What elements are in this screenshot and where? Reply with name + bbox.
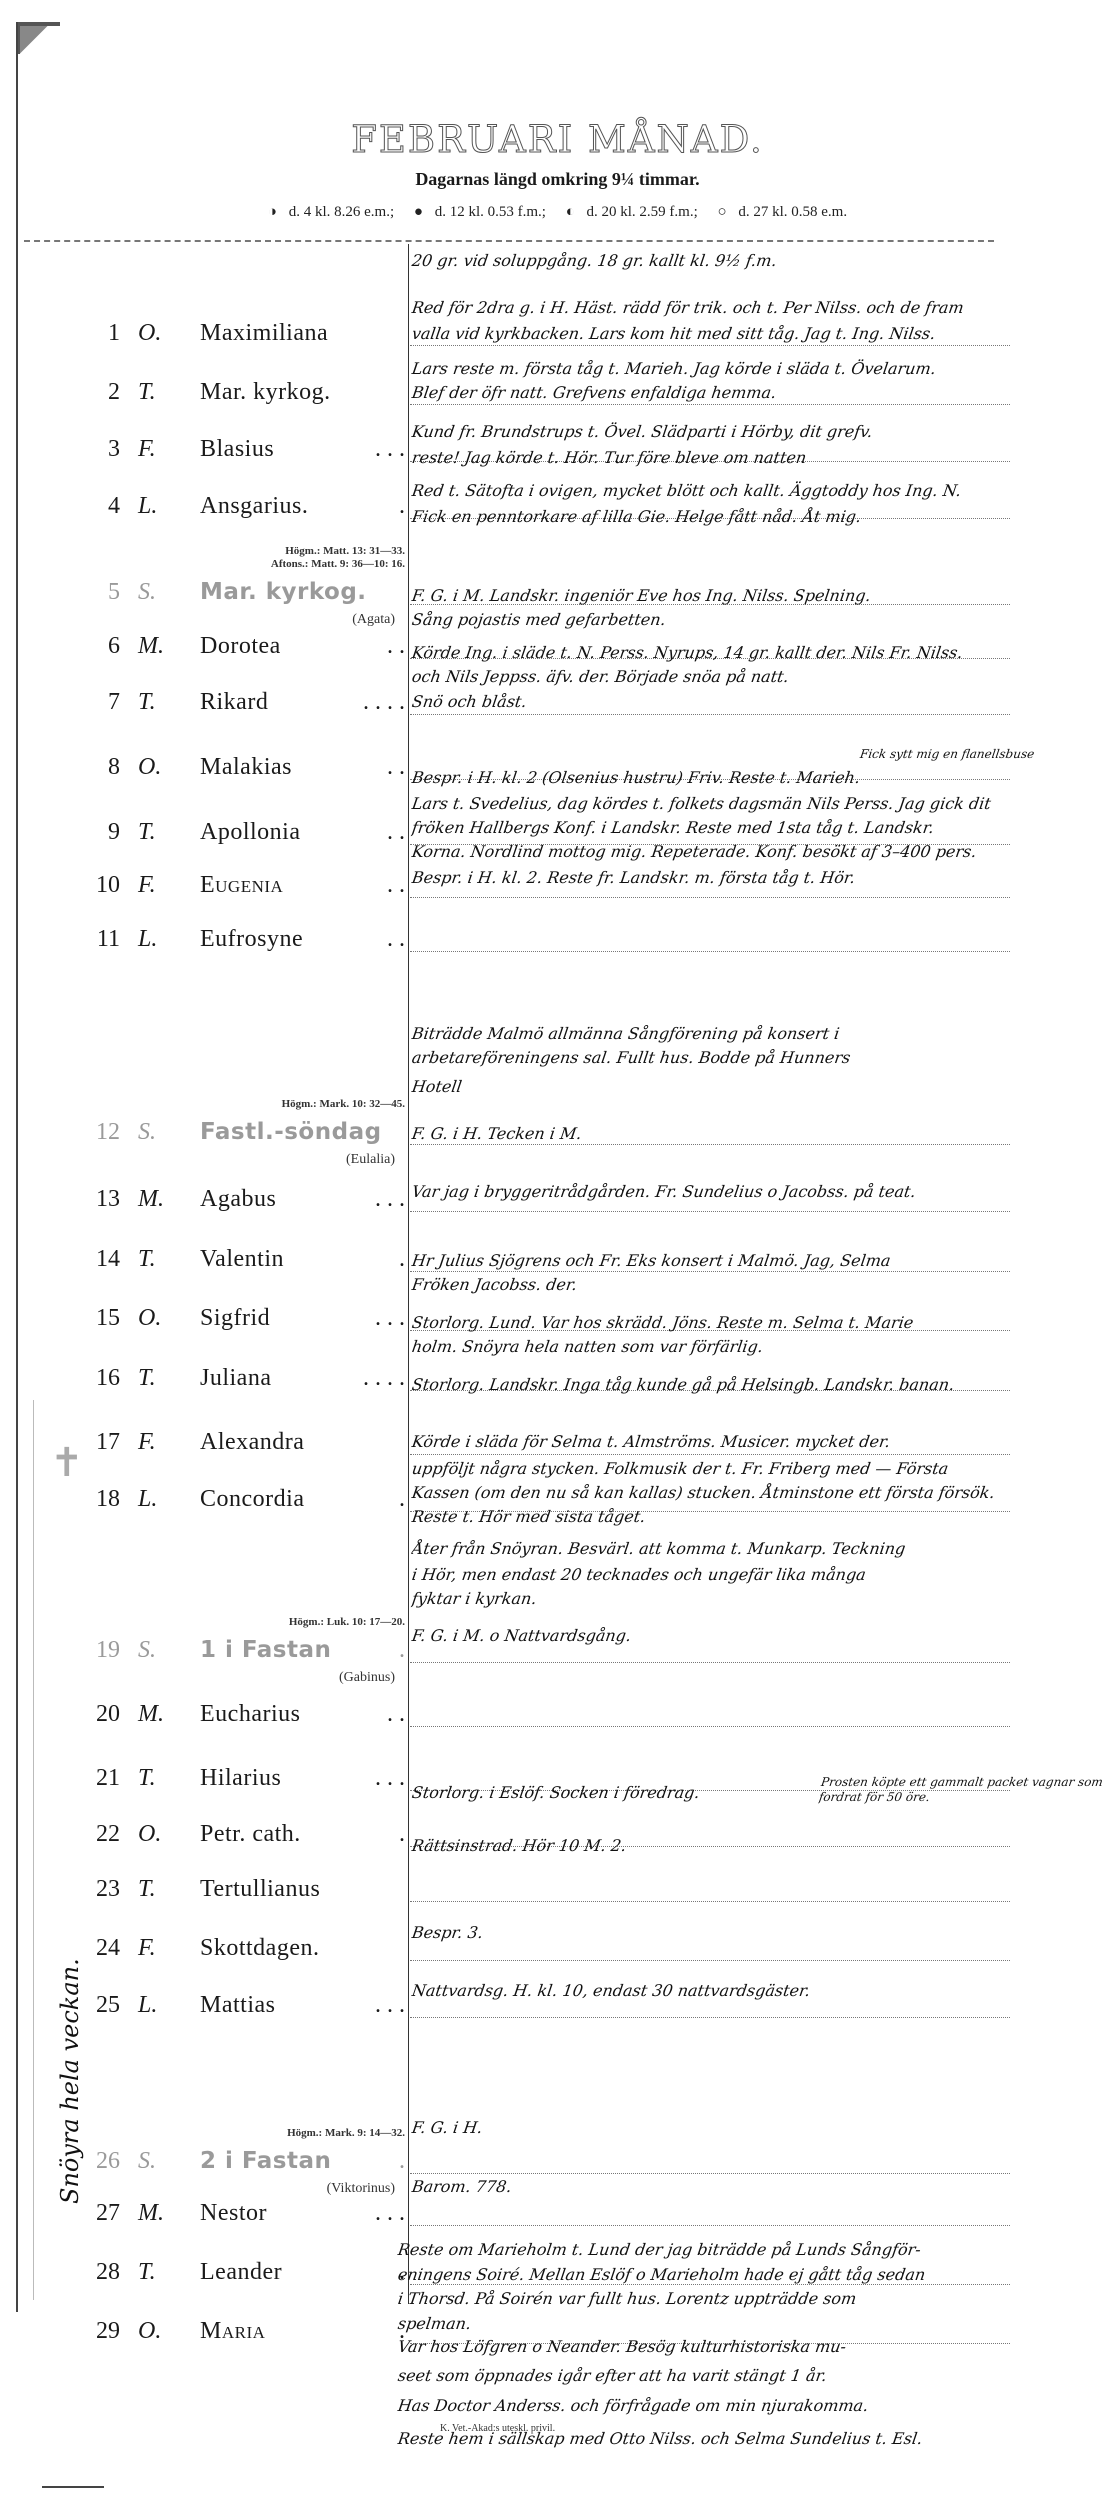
handwritten-note-line: Fick sytt mig en flanellsbuse: [859, 747, 1115, 762]
handwritten-note-line: arbetareföreningens sal. Fullt hus. Bodd…: [411, 1047, 1014, 1068]
first-quarter-moon-icon: ◑: [268, 204, 277, 220]
handwritten-note-line: Biträdde Malmö allmänna Sångförening på …: [411, 1023, 1014, 1044]
day-number: 19: [60, 1633, 120, 1667]
name-day: (Agata): [192, 612, 395, 628]
handwritten-note-line: Has Doctor Anderss. och förfrågade om mi…: [397, 2395, 1000, 2416]
handwritten-note-line: Kassen (om den nu så kan kallas) stucken…: [411, 1482, 1014, 1503]
handwritten-note-line: Hotell: [411, 1076, 1014, 1097]
handwritten-note-line: Reste t. Hör med sista tåget.: [411, 1506, 1014, 1527]
weekday-letter: F.: [138, 1425, 156, 1459]
saint-name: Alexandra: [200, 1425, 304, 1459]
handwritten-note-line: 20 gr. vid soluppgång. 18 gr. kallt kl. …: [411, 250, 1014, 271]
weekday-letter: F.: [138, 1931, 156, 1965]
handwritten-note-line: Körde i släda för Selma t. Almströms. Mu…: [411, 1431, 1014, 1452]
handwritten-note-line: spelman.: [397, 2313, 1000, 2334]
name-day: (Gabinus): [192, 1670, 395, 1686]
weekday-letter: F.: [138, 432, 156, 466]
leader-dots: .: [200, 1482, 405, 1516]
weekday-letter: M.: [138, 629, 164, 663]
weekday-letter: T.: [138, 2255, 156, 2289]
reading-line: Högm.: Mark. 9: 14—32.: [192, 2127, 405, 2140]
handwritten-note-line: Fick en penntorkare af lilla Gie. Helge …: [411, 506, 1014, 527]
day-number: 13: [60, 1182, 120, 1216]
weekday-letter: L.: [138, 922, 157, 956]
weekday-letter: T.: [138, 1361, 156, 1395]
moon-phase-text: d. 4 kl. 8.26 e.m.;: [289, 204, 394, 220]
saint-name: Mar. kyrkog.: [200, 375, 331, 409]
weekday-letter: M.: [138, 1697, 164, 1731]
weekday-letter: M.: [138, 1182, 164, 1216]
handwritten-note-line: Reste om Marieholm t. Lund der jag biträ…: [397, 2239, 1000, 2260]
leader-dots: .: [200, 2144, 405, 2178]
entry-dotted-line: [410, 951, 1010, 952]
name-day: (Viktorinus): [192, 2181, 395, 2197]
entry-dotted-line: [410, 1960, 1010, 1961]
handwritten-note-line: Var hos Löfgren o Neander. Besög kulturh…: [397, 2336, 1000, 2357]
handwritten-note-line: och Nils Jeppss. äfv. der. Började snöa …: [411, 666, 1014, 687]
handwritten-note-line: Lars reste m. första tåg t. Marieh. Jag …: [411, 358, 1014, 379]
reading-line: Aftons.: Matt. 9: 36—10: 16.: [192, 558, 405, 571]
weekday-letter: F.: [138, 868, 156, 902]
scripture-reading: Högm.: Matt. 13: 31—33.Aftons.: Matt. 9:…: [192, 545, 405, 571]
day-number: 4: [60, 489, 120, 523]
handwritten-note-line: Åter från Snöyran. Besvärl. att komma t.…: [411, 1538, 1014, 1559]
scripture-reading: Högm.: Mark. 10: 32—45.: [192, 1098, 405, 1111]
entry-dotted-line: [410, 404, 1010, 405]
weekday-letter: T.: [138, 1872, 156, 1906]
handwritten-note-line: Storlorg. Landskr. Inga tåg kunde gå på …: [411, 1374, 1014, 1395]
saint-name: Tertullianus: [200, 1872, 320, 1906]
entry-dotted-line: [410, 1726, 1010, 1727]
entry-dotted-line: [410, 1144, 1010, 1145]
name-day: (Eulalia): [192, 1152, 395, 1168]
handwritten-note-line: reste! Jag körde t. Hör. Tur före bleve …: [411, 447, 1014, 468]
leader-dots: . .: [200, 629, 405, 663]
entry-dotted-line: [410, 345, 1010, 346]
handwritten-note-line: i Hör, men endast 20 tecknades och ungef…: [411, 1564, 1014, 1585]
handwritten-note-line: Storlorg. Lund. Var hos skrädd. Jöns. Re…: [411, 1312, 1014, 1333]
leader-dots: . . .: [200, 1988, 405, 2022]
weekday-letter: L.: [138, 489, 157, 523]
entry-dotted-line: [410, 2225, 1010, 2226]
leader-dots: . . .: [200, 1182, 405, 1216]
header-rule: [24, 240, 994, 242]
day-number: 3: [60, 432, 120, 466]
handwritten-note-line: valla vid kyrkbacken. Lars kom hit med s…: [411, 323, 1014, 344]
saint-name: Fastl.-söndag: [200, 1115, 382, 1149]
printer-mark: K. Vet.-Akad:s uteskl. privil.: [440, 2423, 555, 2434]
weekday-letter: L.: [138, 1988, 157, 2022]
handwritten-note-line: seet som öppnades igår efter att ha vari…: [397, 2365, 1000, 2386]
leader-dots: . . .: [200, 1301, 405, 1335]
day-number: 7: [60, 685, 120, 719]
saint-name: Maximiliana: [200, 316, 328, 350]
leader-dots: .: [200, 489, 405, 523]
weekday-letter: T.: [138, 685, 156, 719]
weekday-letter: T.: [138, 1761, 156, 1795]
weekday-letter: T.: [138, 1242, 156, 1276]
first-quarter-moon: ◑ d. 4 kl. 8.26 e.m.;: [264, 204, 398, 220]
handwritten-note-line: i Thorsd. På Soirén var fullt hus. Loren…: [397, 2288, 1000, 2309]
handwritten-note-line: Korna. Nordlind mottog mig. Repeterade. …: [411, 841, 1014, 862]
last-quarter-moon: ◐ d. 20 kl. 2.59 f.m.;: [562, 204, 702, 220]
handwritten-note-line: Var jag i bryggeritrådgården. Fr. Sundel…: [411, 1181, 1014, 1202]
leader-dots: .: [200, 1242, 405, 1276]
saint-name: Skottdagen.: [200, 1931, 320, 1965]
day-number: 6: [60, 629, 120, 663]
day-number: 1: [60, 316, 120, 350]
weekday-letter: O.: [138, 1301, 161, 1335]
leader-dots: .: [200, 1817, 405, 1851]
left-margin-faint-rule: [33, 1400, 34, 2300]
leader-dots: . .: [200, 750, 405, 784]
entry-dotted-line: [410, 1662, 1010, 1663]
full-moon: ○ d. 27 kl. 0.58 e.m.: [714, 204, 852, 220]
new-moon-icon: ●: [414, 204, 423, 220]
handwritten-note-line: Bespr. 3.: [411, 1922, 1014, 1943]
weekday-letter: T.: [138, 815, 156, 849]
leader-dots: .: [200, 2255, 405, 2289]
weekday-letter: S.: [138, 1115, 156, 1149]
moon-phase-text: d. 27 kl. 0.58 e.m.: [738, 204, 847, 220]
moon-phase-text: d. 20 kl. 2.59 f.m.;: [587, 204, 698, 220]
day-number: 12: [60, 1115, 120, 1149]
handwritten-note-line: Red för 2dra g. i H. Häst. rädd för trik…: [411, 297, 1014, 318]
leader-dots: . . . .: [200, 1361, 405, 1395]
weekday-letter: O.: [138, 1817, 161, 1851]
entry-dotted-line: [410, 2017, 1010, 2018]
handwritten-note-line: Nattvardsg. H. kl. 10, endast 30 nattvar…: [411, 1980, 1014, 2001]
handwritten-note-line: F. G. i H. Tecken i M.: [411, 1123, 1014, 1144]
leader-dots: . . .: [200, 1761, 405, 1795]
pencil-cross-mark: ✝: [50, 1440, 84, 1486]
handwritten-note-line: Snö och blåst.: [411, 691, 1014, 712]
page-corner-mark: [16, 22, 60, 54]
weekday-letter: L.: [138, 1482, 157, 1516]
moon-phase-text: d. 12 kl. 0.53 f.m.;: [435, 204, 546, 220]
weekday-letter: O.: [138, 750, 161, 784]
scripture-reading: Högm.: Mark. 9: 14—32.: [192, 2127, 405, 2140]
margin-note: Snöyra hela veckan.: [56, 1824, 84, 2204]
page-title: FEBRUARI MÅNAD.: [0, 118, 1115, 161]
day-number: 15: [60, 1301, 120, 1335]
left-border-rule: [16, 22, 18, 2312]
weekday-letter: T.: [138, 375, 156, 409]
last-quarter-moon-icon: ◐: [566, 204, 575, 220]
day-number: 5: [60, 575, 120, 609]
handwritten-note-line: fröken Hallbergs Konf. i Landskr. Reste …: [411, 817, 1014, 838]
moon-phases: ◑ d. 4 kl. 8.26 e.m.; ● d. 12 kl. 0.53 f…: [0, 204, 1115, 221]
day-number: 9: [60, 815, 120, 849]
leader-dots: . . .: [200, 432, 405, 466]
day-number: 8: [60, 750, 120, 784]
handwritten-note-line: Rättsinstrad. Hör 10 M. 2.: [411, 1835, 1014, 1856]
handwritten-note-line: Barom. 778.: [411, 2176, 1014, 2197]
leader-dots: . .: [200, 815, 405, 849]
weekday-letter: S.: [138, 575, 156, 609]
entry-dotted-line: [410, 1454, 1010, 1455]
leader-dots: .: [200, 2314, 405, 2348]
handwritten-note-line: Fröken Jacobss. der.: [411, 1274, 1014, 1295]
handwritten-note-line: Lars t. Svedelius, dag kördes t. folkets…: [411, 793, 1014, 814]
handwritten-note-line: Blef der öfr natt. Grefvens enfaldiga he…: [411, 382, 1014, 403]
saint-name: Mar. kyrkog.: [200, 575, 367, 609]
leader-dots: .: [200, 1633, 405, 1667]
day-number: 16: [60, 1361, 120, 1395]
handwritten-note-line: Red t. Sätofta i ovigen, mycket blött oc…: [411, 480, 1014, 501]
day-number: 18: [60, 1482, 120, 1516]
handwritten-note-line: F. G. i M. o Nattvardsgång.: [411, 1625, 1014, 1646]
entry-dotted-line: [410, 714, 1010, 715]
leader-dots: . .: [200, 1697, 405, 1731]
handwritten-note-line: Körde Ing. i släde t. N. Perss. Nyrups, …: [411, 642, 1014, 663]
reading-line: Högm.: Mark. 10: 32—45.: [192, 1098, 405, 1111]
weekday-letter: O.: [138, 2314, 161, 2348]
day-number: 21: [60, 1761, 120, 1795]
handwritten-note-line: holm. Snöyra hela natten som var förfärl…: [411, 1336, 1014, 1357]
handwritten-note-line: uppföljt några stycken. Folkmusik der t.…: [411, 1458, 1014, 1479]
day-number: 28: [60, 2255, 120, 2289]
leader-dots: . . .: [200, 2196, 405, 2230]
entry-dotted-line: [410, 897, 1010, 898]
handwritten-note-line: Kund fr. Brundstrups t. Övel. Slädparti …: [411, 421, 1014, 442]
leader-dots: . .: [200, 922, 405, 956]
weekday-letter: S.: [138, 1633, 156, 1667]
page-subtitle: Dagarnas längd omkring 9¼ timmar.: [0, 169, 1115, 190]
entry-dotted-line: [410, 1901, 1010, 1902]
reading-line: Högm.: Luk. 10: 17—20.: [192, 1616, 405, 1629]
handwritten-note-line: fyktar i kyrkan.: [411, 1588, 1014, 1609]
handwritten-note-line: Bespr. i H. kl. 2 (Olsenius hustru) Friv…: [411, 767, 1014, 788]
handwritten-note-line: Hr Julius Sjögrens och Fr. Eks konsert i…: [411, 1250, 1014, 1271]
day-number: 11: [60, 922, 120, 956]
entry-dotted-line: [410, 1271, 1010, 1272]
new-moon: ● d. 12 kl. 0.53 f.m.;: [410, 204, 550, 220]
day-number: 20: [60, 1697, 120, 1731]
column-divider: [408, 244, 409, 2304]
handwritten-note-line: Sång pojastis med gefarbetten.: [411, 609, 1014, 630]
leader-dots: . .: [200, 868, 405, 902]
day-number: 2: [60, 375, 120, 409]
entry-dotted-line: [410, 2173, 1010, 2174]
day-number: 29: [60, 2314, 120, 2348]
scripture-reading: Högm.: Luk. 10: 17—20.: [192, 1616, 405, 1629]
handwritten-note-line: Bespr. i H. kl. 2. Reste fr. Landskr. m.…: [411, 867, 1014, 888]
weekday-letter: O.: [138, 316, 161, 350]
handwritten-note-line: Prosten köpte ett gammalt packet vagnar …: [818, 1775, 1112, 1805]
entry-dotted-line: [410, 1211, 1010, 1212]
day-number: 14: [60, 1242, 120, 1276]
weekday-letter: M.: [138, 2196, 164, 2230]
leader-dots: . . . .: [200, 685, 405, 719]
reading-line: Högm.: Matt. 13: 31—33.: [192, 545, 405, 558]
handwritten-note-line: F. G. i H.: [411, 2117, 1014, 2138]
weekday-letter: S.: [138, 2144, 156, 2178]
handwritten-note-line: eningens Soiré. Mellan Eslöf o Marieholm…: [397, 2264, 1000, 2285]
handwritten-note-line: F. G. i M. Landskr. ingeniör Eve hos Ing…: [411, 585, 1014, 606]
full-moon-icon: ○: [718, 204, 727, 220]
bottom-rule-stub: [42, 2486, 104, 2488]
day-number: 10: [60, 868, 120, 902]
